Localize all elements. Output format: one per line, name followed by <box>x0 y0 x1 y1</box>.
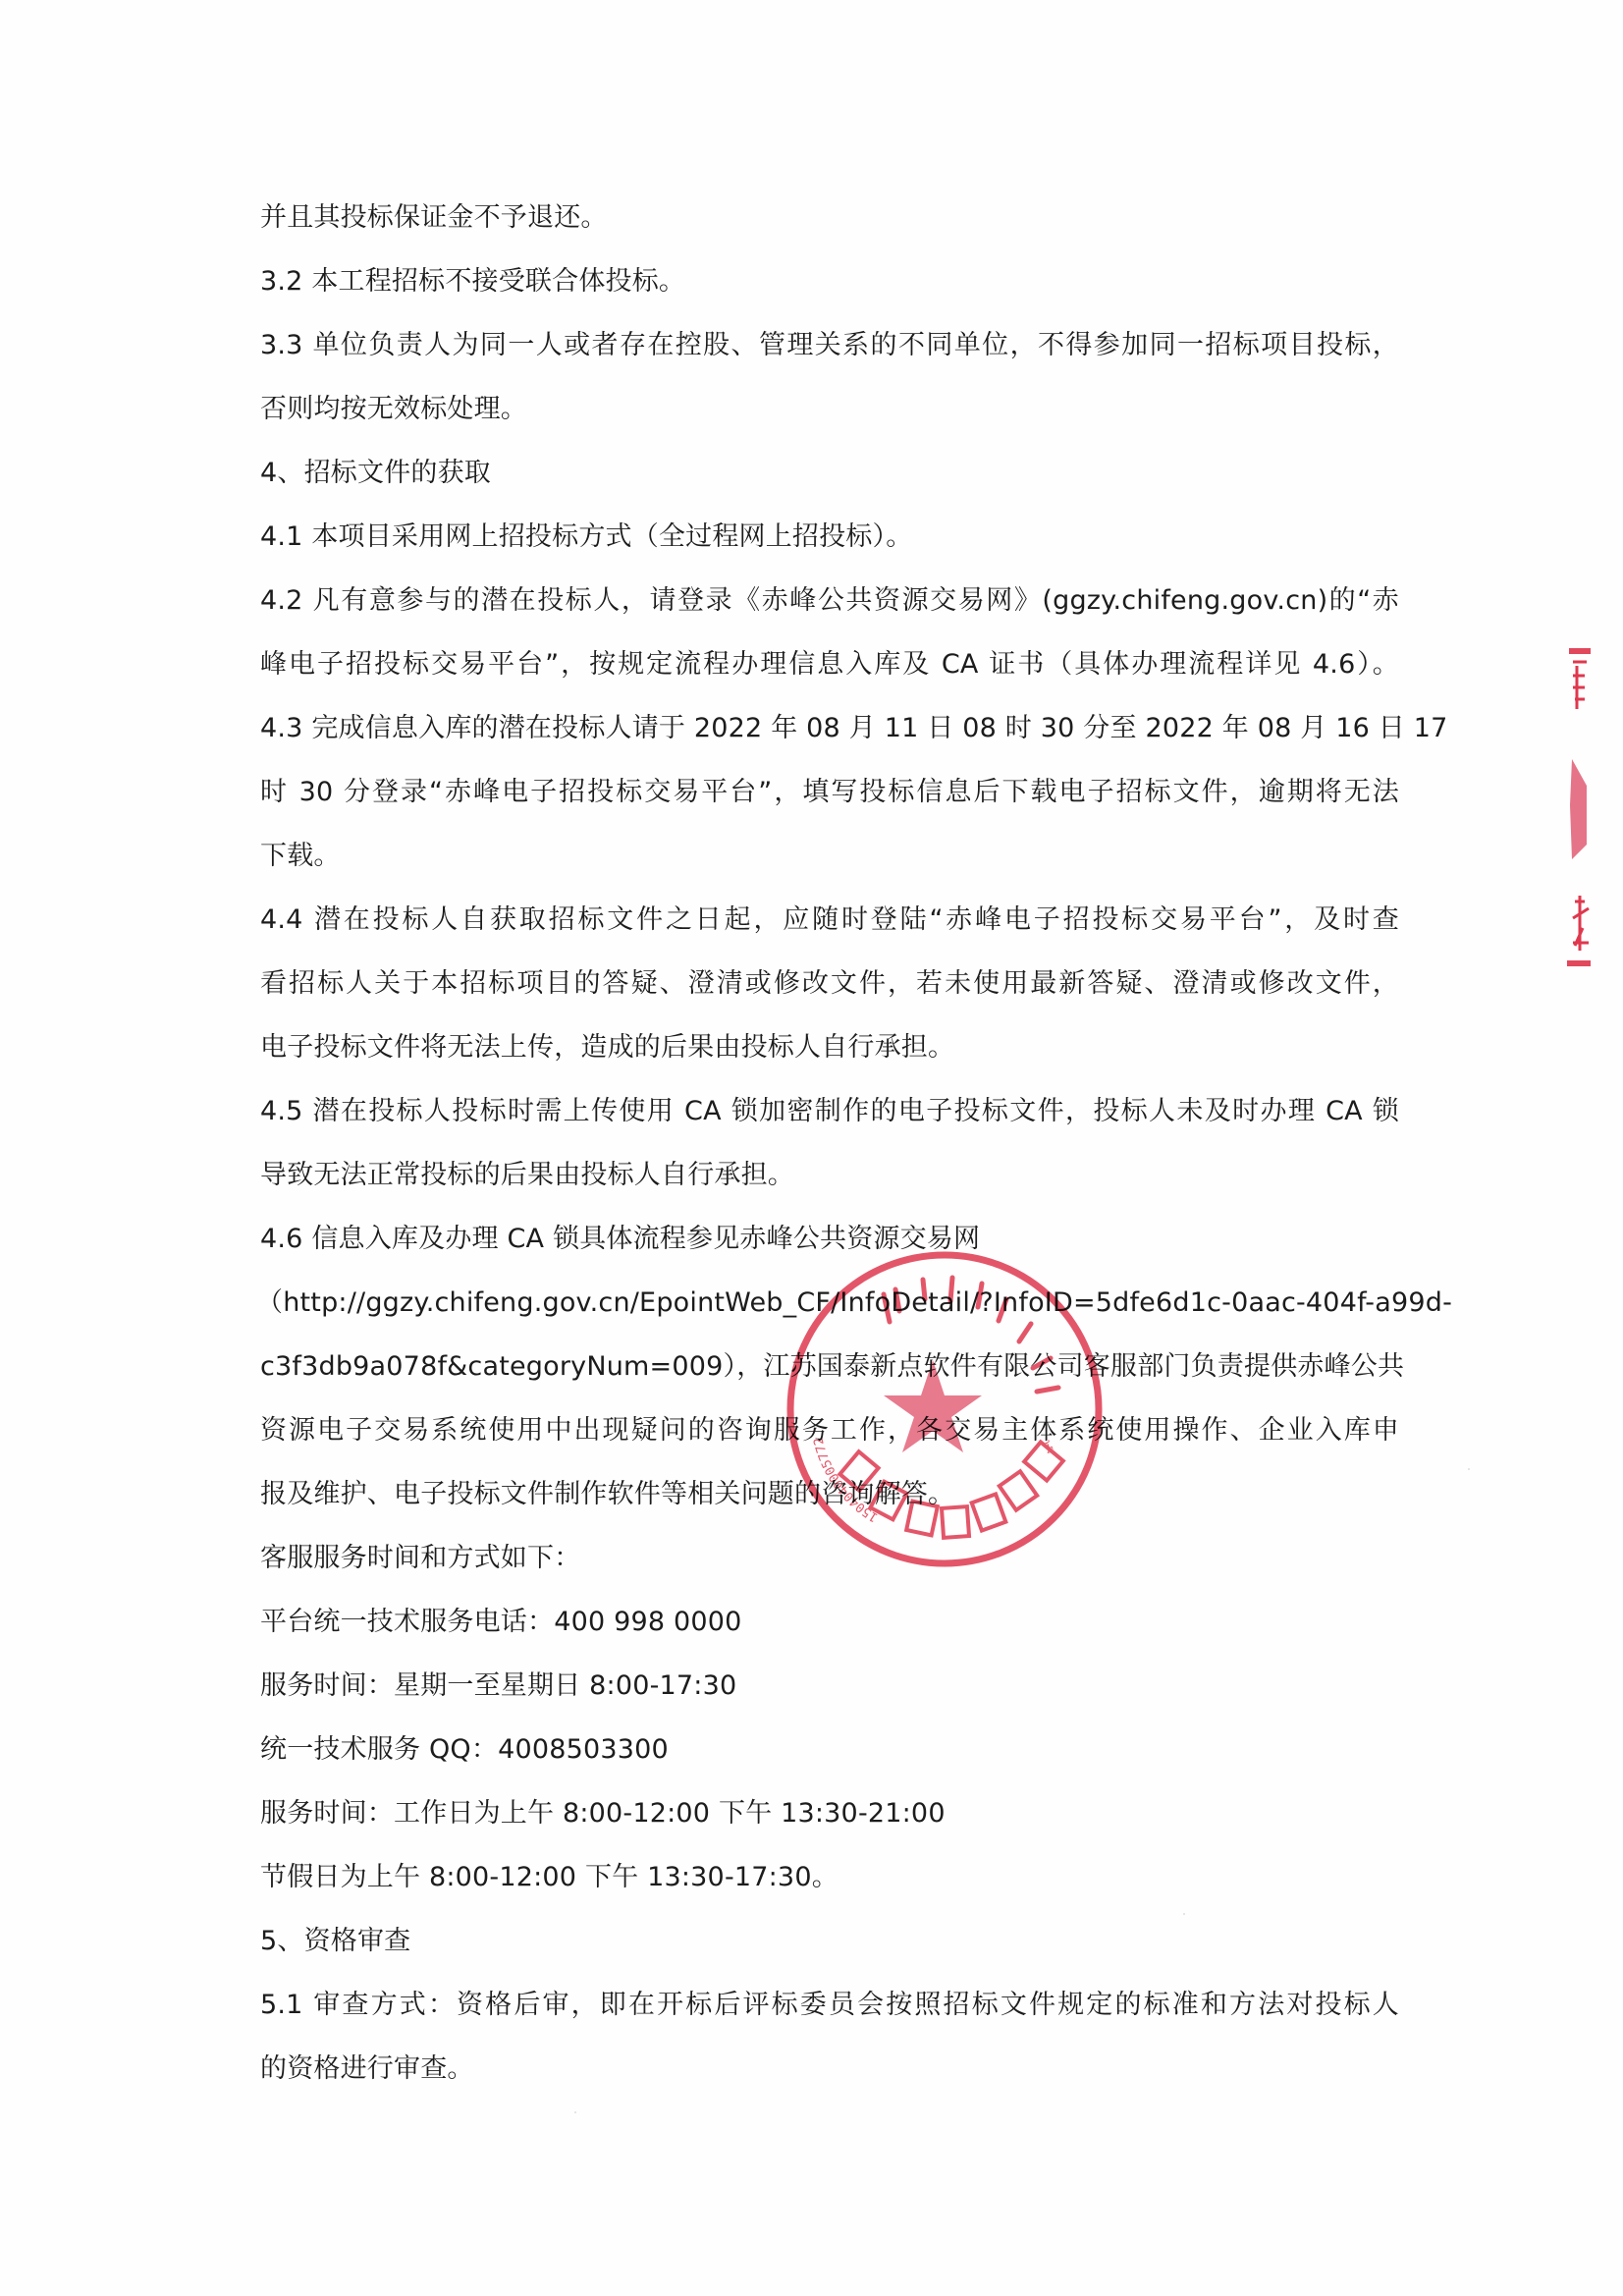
paragraph-line: 时 30 分登录“赤峰电子招投标交易平台”，填写投标信息后下载电子招标文件，逾期… <box>260 773 1399 837</box>
paragraph-line: 峰电子招投标交易平台”，按规定流程办理信息入库及 CA 证书（具体办理流程详见 … <box>260 645 1399 709</box>
service-phone: 平台统一技术服务电话：400 998 0000 <box>260 1603 1399 1667</box>
section-heading: 5、资格审查 <box>260 1922 1399 1986</box>
scan-artifact <box>574 2111 576 2113</box>
service-hours-phone: 服务时间：星期一至星期日 8:00-17:30 <box>260 1667 1399 1730</box>
document-body: 并且其投标保证金不予退还。 3.2 本工程招标不接受联合体投标。 3.3 单位负… <box>260 198 1399 2113</box>
paragraph-line: 3.3 单位负责人为同一人或者存在控股、管理关系的不同单位，不得参加同一招标项目… <box>260 326 1399 390</box>
url-line: （http://ggzy.chifeng.gov.cn/EpointWeb_CF… <box>256 1284 1399 1347</box>
paragraph-line: 5.1 审查方式：资格后审，即在开标后评标委员会按照招标文件规定的标准和方法对投… <box>260 1986 1399 2050</box>
scanned-document-page: 并且其投标保证金不予退还。 3.2 本工程招标不接受联合体投标。 3.3 单位负… <box>0 0 1623 2296</box>
paragraph-line: 否则均按无效标处理。 <box>260 390 1399 454</box>
paragraph-line: 看招标人关于本招标项目的答疑、澄清或修改文件，若未使用最新答疑、澄清或修改文件， <box>260 964 1399 1028</box>
paragraph-line: 4.3 完成信息入库的潜在投标人请于 2022 年 08 月 11 日 08 时… <box>260 709 1399 773</box>
scan-artifact <box>1183 1913 1185 1915</box>
paragraph-line: 电子投标文件将无法上传，造成的后果由投标人自行承担。 <box>260 1028 1399 1092</box>
paragraph-line: 4.5 潜在投标人投标时需上传使用 CA 锁加密制作的电子投标文件，投标人未及时… <box>260 1092 1399 1156</box>
scan-artifact <box>1468 1468 1470 1470</box>
paragraph-line: 4.4 潜在投标人自获取招标文件之日起，应随时登陆“赤峰电子招投标交易平台”，及… <box>260 901 1399 964</box>
section-heading: 4、招标文件的获取 <box>260 454 1399 518</box>
service-hours-workday: 服务时间：工作日为上午 8:00-12:00 下午 13:30-21:00 <box>260 1794 1399 1858</box>
service-hours-holiday: 节假日为上午 8:00-12:00 下午 13:30-17:30。 <box>260 1858 1399 1922</box>
paragraph-line: 3.2 本工程招标不接受联合体投标。 <box>260 262 1399 326</box>
paragraph-line: 报及维护、电子投标文件制作软件等相关问题的咨询解答。 <box>260 1475 1399 1539</box>
paragraph-line: 4.6 信息入库及办理 CA 锁具体流程参见赤峰公共资源交易网 <box>260 1220 1399 1284</box>
paragraph-line: 下载。 <box>260 837 1399 901</box>
seam-stamp-icon <box>1567 648 1596 972</box>
service-qq: 统一技术服务 QQ：4008503300 <box>260 1730 1399 1794</box>
paragraph-line: 资源电子交易系统使用中出现疑问的咨询服务工作，各交易主体系统使用操作、企业入库申 <box>260 1411 1399 1475</box>
paragraph-line: 4.1 本项目采用网上招投标方式（全过程网上招投标）。 <box>260 518 1399 581</box>
service-info-heading: 客服服务时间和方式如下： <box>260 1539 1399 1603</box>
paragraph-line: 的资格进行审查。 <box>260 2050 1399 2113</box>
paragraph-line: 并且其投标保证金不予退还。 <box>260 198 1399 262</box>
paragraph-line: 4.2 凡有意参与的潜在投标人，请登录《赤峰公共资源交易网》(ggzy.chif… <box>260 581 1399 645</box>
paragraph-line: 导致无法正常投标的后果由投标人自行承担。 <box>260 1156 1399 1220</box>
paragraph-line: c3f3db9a078f&categoryNum=009），江苏国泰新点软件有限… <box>260 1347 1399 1411</box>
